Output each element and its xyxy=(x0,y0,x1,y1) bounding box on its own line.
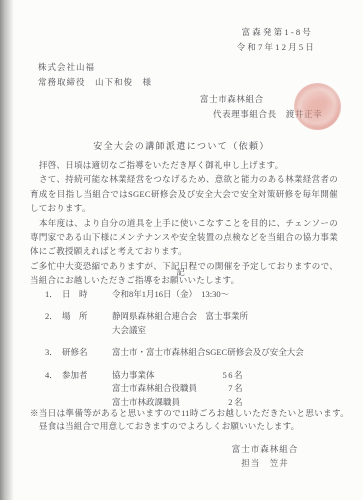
attendee-row: 富士市森林組合役職員 7名 xyxy=(112,382,244,396)
attendee-group: 協力事業体 xyxy=(112,369,155,383)
recipient-company: 株式会社山福 xyxy=(38,60,152,75)
document-date: 令和7年12月5日 xyxy=(237,41,316,53)
attendee-group: 富士市森林組合役職員 xyxy=(112,382,197,396)
signoff-block: 富士市森林組合 担当 笠井 xyxy=(200,443,330,470)
recipient-person: 常務取締役 山下和俊 様 xyxy=(38,75,152,90)
item-label: 日 時 xyxy=(62,288,112,302)
document-number: 富森発第1-8号 xyxy=(242,26,313,38)
item-number: 4． xyxy=(45,369,62,410)
item-value: 令和8年1月16日（金） 13:30～ xyxy=(112,288,340,302)
list-item-training-name: 3． 研修名 富士市・富士市森林組合SGEC研修会及び安全大会 xyxy=(45,346,340,360)
item-number: 2． xyxy=(45,310,62,338)
list-item-attendees: 4． 参加者 協力事業体 56名 富士市森林組合役職員 7名 富士市林政課職員 … xyxy=(45,369,340,410)
red-seal-stamp-icon xyxy=(294,83,341,130)
place-line-1: 静岡県森林組合連合会 富士事業所 xyxy=(112,310,340,324)
attendee-count: 56名 xyxy=(222,369,244,383)
body-paragraph: さて、持続可能な林業経営をつなげるため、意欲と能力のある林業経営者の育成を目指し… xyxy=(30,172,338,215)
document-title: 安全大会の講師派遣について（依頼） xyxy=(0,139,363,152)
place-line-2: 大会議室 xyxy=(112,324,340,338)
signoff-organization: 富士市森林組合 xyxy=(200,443,330,457)
body-paragraph: 本年度は、より自分の道具を上手に使いこなすことを目的に、チェンソーの専門家である… xyxy=(30,216,338,259)
list-item-place: 2． 場 所 静岡県森林組合連合会 富士事業所 大会議室 xyxy=(45,310,340,338)
item-number: 1． xyxy=(45,288,62,302)
item-label: 場 所 xyxy=(62,310,112,338)
item-value: 協力事業体 56名 富士市森林組合役職員 7名 富士市林政課職員 2名 xyxy=(112,369,340,410)
body-paragraph: 拝啓、日頃は適切なご指導をいただき厚く御礼申し上げます。 xyxy=(30,158,338,172)
list-item-datetime: 1． 日 時 令和8年1月16日（金） 13:30～ xyxy=(45,288,340,302)
item-label: 参加者 xyxy=(62,369,112,410)
item-number: 3． xyxy=(45,346,62,360)
attendee-row: 協力事業体 56名 xyxy=(112,369,244,383)
scanner-edge-shadow xyxy=(0,0,14,500)
item-value: 静岡県森林組合連合会 富士事業所 大会議室 xyxy=(112,310,340,338)
attendee-count: 7名 xyxy=(228,382,244,396)
recipient-block: 株式会社山福 常務取締役 山下和俊 様 xyxy=(38,60,152,90)
signoff-person: 担当 笠井 xyxy=(200,457,330,471)
footnote: ※当日は準備等があると思いますので11時ごろお越しいただきたいと思います。昼食は… xyxy=(30,407,349,433)
detail-list: 1． 日 時 令和8年1月16日（金） 13:30～ 2． 場 所 静岡県森林組… xyxy=(45,288,340,419)
item-value: 富士市・富士市森林組合SGEC研修会及び安全大会 xyxy=(112,346,340,360)
item-label: 研修名 xyxy=(62,346,112,360)
scanned-letter-page: 富森発第1-8号 令和7年12月5日 株式会社山福 常務取締役 山下和俊 様 富… xyxy=(0,0,363,500)
record-marker: 記 xyxy=(0,266,363,278)
